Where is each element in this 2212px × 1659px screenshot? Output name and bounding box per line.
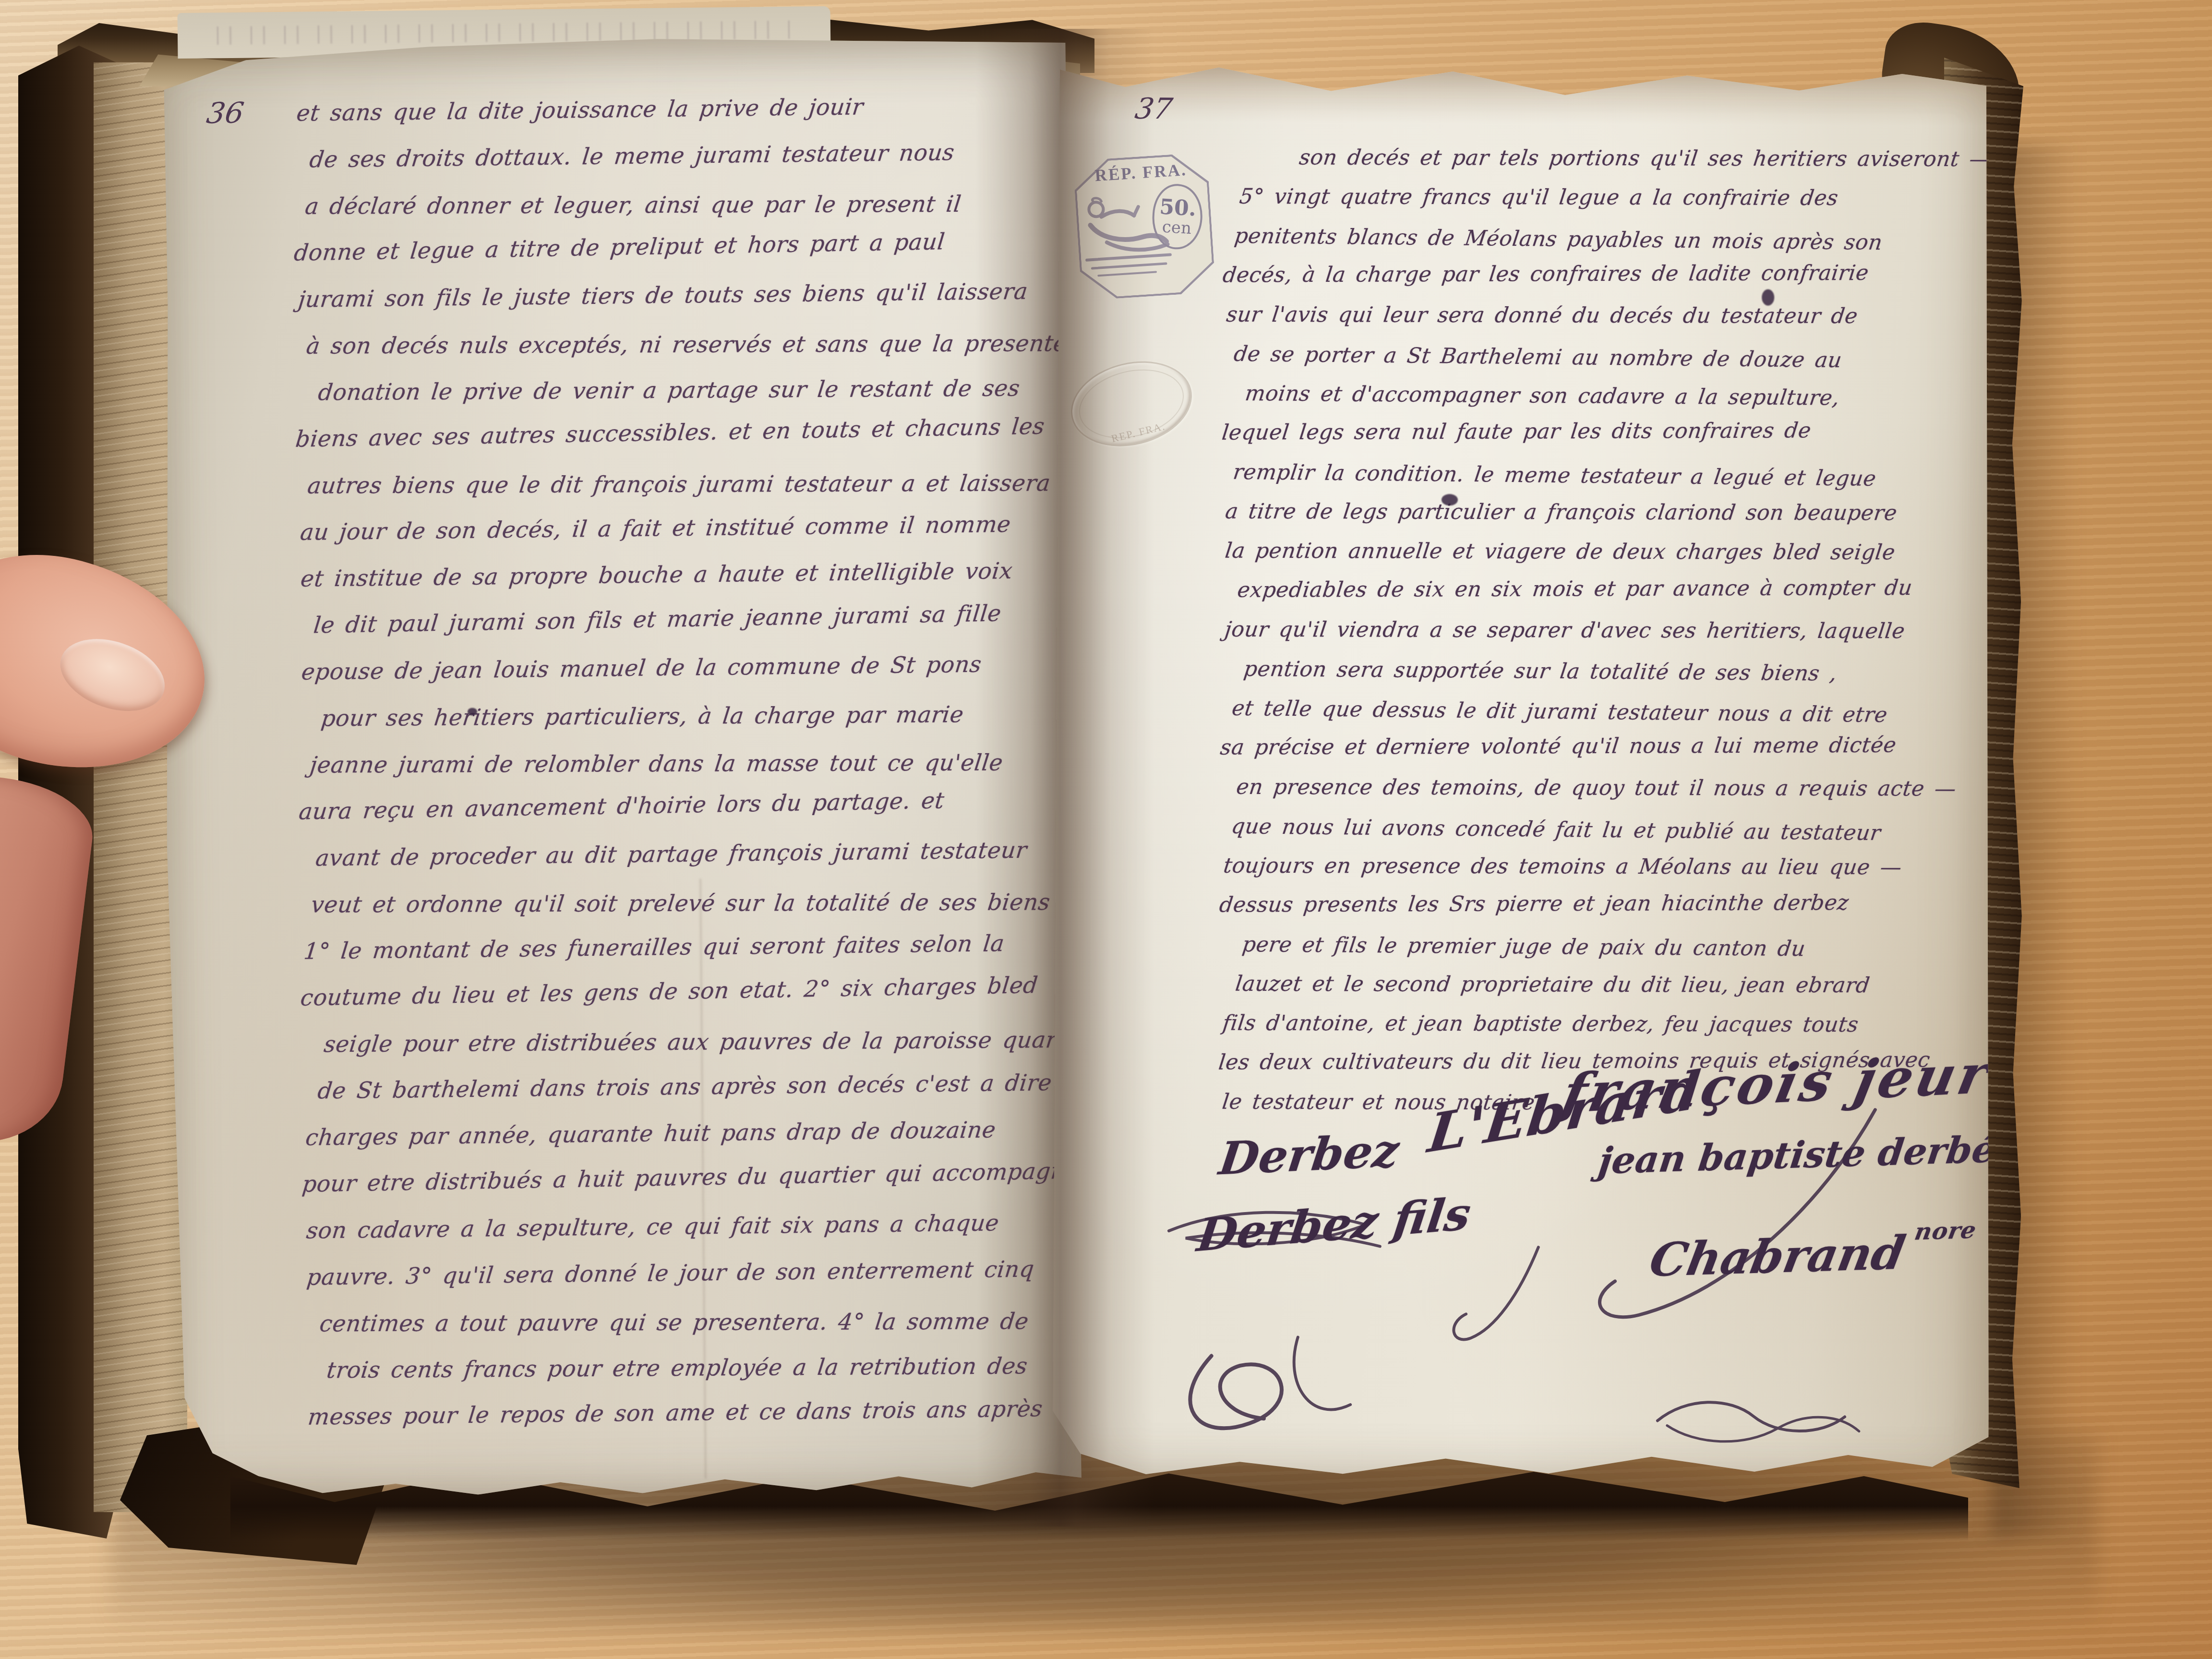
manuscript-text-right: son decés et par tels portions qu'il ses… — [1222, 138, 1991, 1126]
manuscript-line: jurami son fils le juste tiers de touts … — [296, 267, 1082, 323]
manuscript-line: la pention annuelle et viagere de deux c… — [1223, 531, 1991, 573]
manuscript-line: pauvre. 3° qu'il sera donné le jour de s… — [304, 1245, 1082, 1301]
manuscript-line: lequel legs sera nul faute par les dits … — [1220, 410, 1993, 453]
witness-signature-jean-baptiste-derbez: jean baptiste derbés — [1596, 1127, 1996, 1182]
manuscript-line: de St barthelemi dans trois ans après so… — [315, 1058, 1082, 1114]
manuscript-line: a titre de legs particulier a françois c… — [1223, 492, 1992, 533]
revenue-stamp: RÉP. FRA. 50. cen — [1073, 152, 1216, 301]
manuscript-line: expediables de six en six mois et par av… — [1235, 568, 1992, 610]
manuscript-line: à son decés nuls exceptés, ni reservés e… — [304, 320, 1082, 370]
witness-signature-derbez: Derbez — [1216, 1124, 1402, 1185]
manuscript-page-right: 37 RÉP. FRA. 50. — [1052, 49, 1996, 1487]
ink-blot — [1762, 289, 1774, 306]
manuscript-line: et sans que la dite jouissance la prive … — [294, 81, 1082, 137]
stamp-value: 50. — [1159, 196, 1197, 220]
witness-signature-derbez-fils: Derbez fils — [1194, 1188, 1474, 1262]
manuscript-line: pere et fils le premier juge de paix du … — [1240, 925, 1989, 970]
notary-title-superscript: nore — [1912, 1217, 1979, 1246]
manuscript-line: centimes a tout pauvre qui se presentera… — [317, 1298, 1082, 1347]
notary-name: Chabrand — [1646, 1226, 1910, 1287]
manuscript-line: sur l'avis qui leur sera donné du decés … — [1224, 295, 1993, 337]
manuscript-line: sa précise et derniere volonté qu'il nou… — [1218, 725, 1991, 768]
page-number-left: 36 — [204, 96, 246, 131]
ink-blot — [1442, 494, 1458, 505]
manuscript-line: dessus presents les Srs pierre et jean h… — [1217, 883, 1990, 925]
manuscript-line: de ses droits dottaux. le meme jurami te… — [307, 127, 1082, 183]
photo-of-manuscript-book: 36 et sans que la dite jouissance la pri… — [0, 0, 2212, 1659]
manuscript-line: jour qu'il viendra a se separer d'avec s… — [1222, 610, 1991, 651]
manuscript-line: en presence des temoins, de quoy tout il… — [1234, 768, 1990, 809]
manuscript-line: au jour de son decés, il a fait et insti… — [298, 500, 1082, 556]
stamp-unit: cen — [1162, 218, 1192, 237]
manuscript-page-left: 36 et sans que la dite jouissance la pri… — [155, 36, 1082, 1501]
manuscript-line: 5° vingt quatre francs qu'il legue a la … — [1237, 177, 1993, 218]
manuscript-line: pour ses heritiers particuliers, à la ch… — [318, 690, 1082, 742]
manuscript-line: son decés et par tels portions qu'il ses… — [1297, 138, 1994, 180]
notary-signature: Chabrandnore — [1646, 1217, 1979, 1287]
page-number-right: 37 — [1132, 92, 1175, 126]
manuscript-line: fils d'antoine, et jean baptiste derbez,… — [1220, 1004, 1989, 1045]
manuscript-line: avant de proceder au dit partage françoi… — [313, 826, 1082, 881]
manuscript-line: toujours en presence des temoins a Méola… — [1221, 846, 1990, 888]
ink-blot — [468, 708, 477, 716]
manuscript-line: decés, à la charge par les confraires de… — [1220, 253, 1993, 295]
manuscript-line: pention sera supportée sur la totalité d… — [1241, 649, 1990, 695]
thumbnail — [50, 626, 174, 724]
manuscript-line: epouse de jean louis manuel de la commun… — [299, 639, 1082, 696]
manuscript-line: son cadavre a la sepulture, ce qui fait … — [304, 1198, 1082, 1254]
embossed-dry-seal: REP. FRA. — [1062, 349, 1201, 458]
manuscript-line: messes pour le repos de son ame et ce da… — [305, 1384, 1082, 1441]
manuscript-line: lauzet et le second proprietaire du dit … — [1233, 964, 1989, 1006]
manuscript-text-left: et sans que la dite jouissance la prive … — [297, 83, 1082, 1441]
